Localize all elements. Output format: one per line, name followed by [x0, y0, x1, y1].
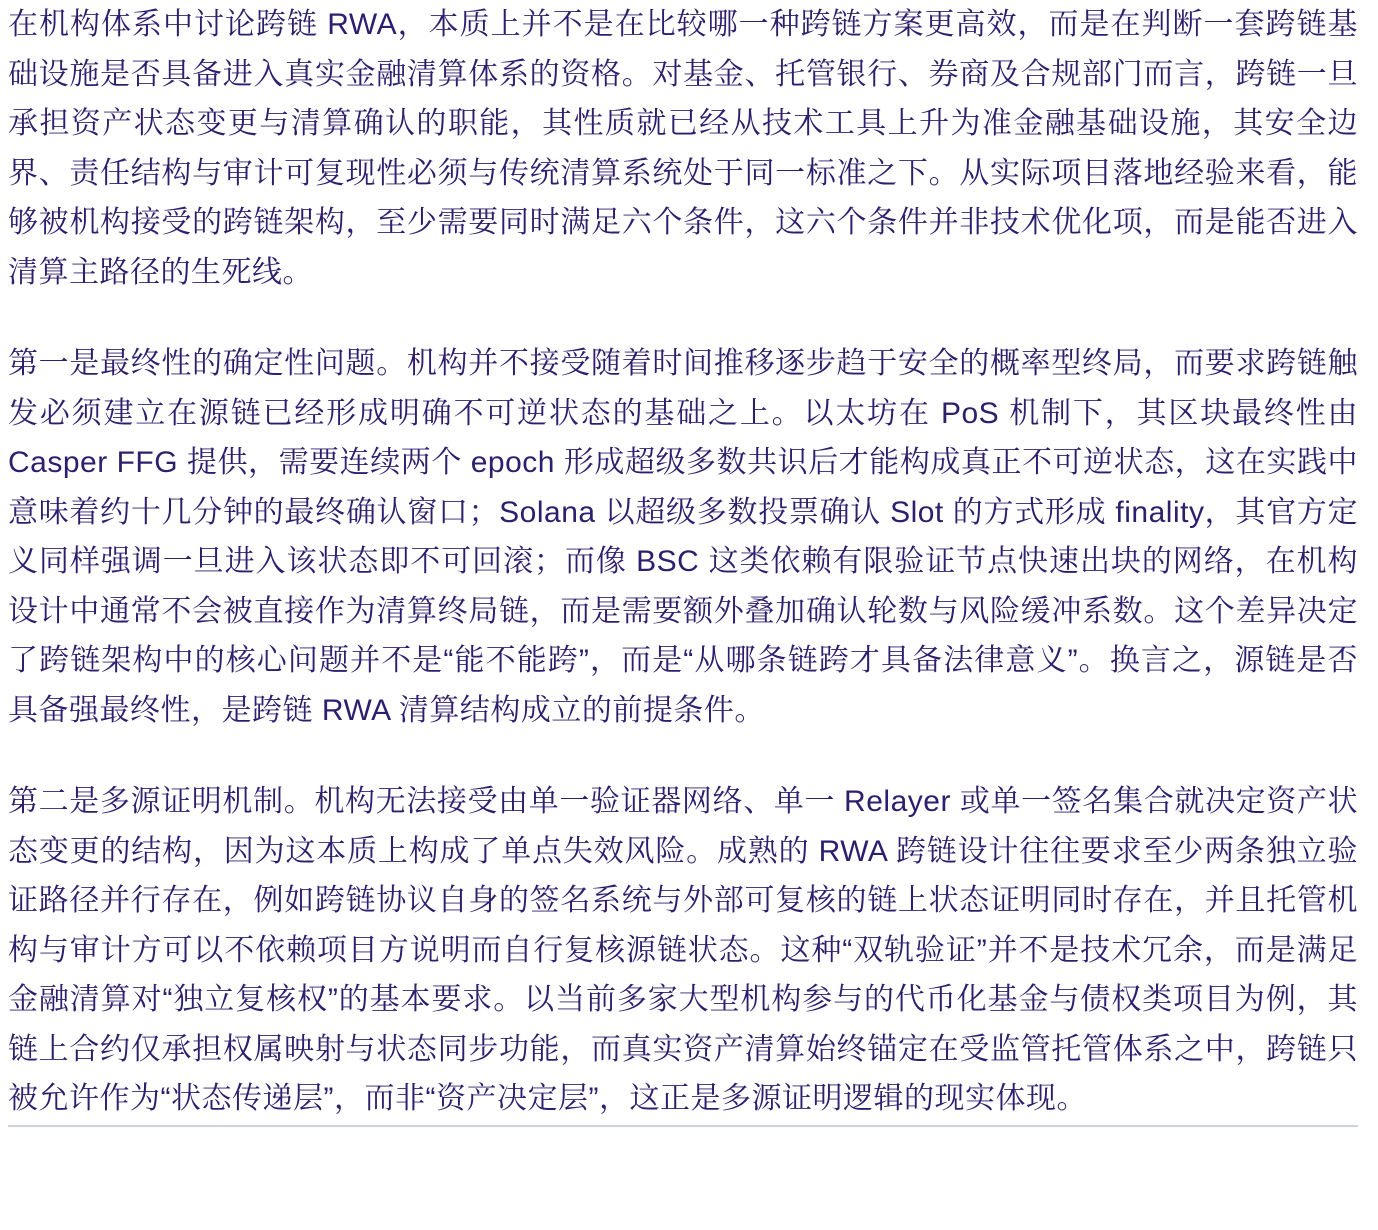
- paragraph-intro: 在机构体系中讨论跨链 RWA，本质上并不是在比较哪一种跨链方案更高效，而是在判断…: [8, 0, 1358, 297]
- article-body: 在机构体系中讨论跨链 RWA，本质上并不是在比较哪一种跨链方案更高效，而是在判断…: [0, 0, 1378, 1127]
- paragraph-multi-source-proof: 第二是多源证明机制。机构无法接受由单一验证器网络、单一 Relayer 或单一签…: [8, 777, 1358, 1124]
- bottom-divider: [8, 1125, 1358, 1127]
- paragraph-finality: 第一是最终性的确定性问题。机构并不接受随着时间推移逐步趋于安全的概率型终局，而要…: [8, 339, 1358, 735]
